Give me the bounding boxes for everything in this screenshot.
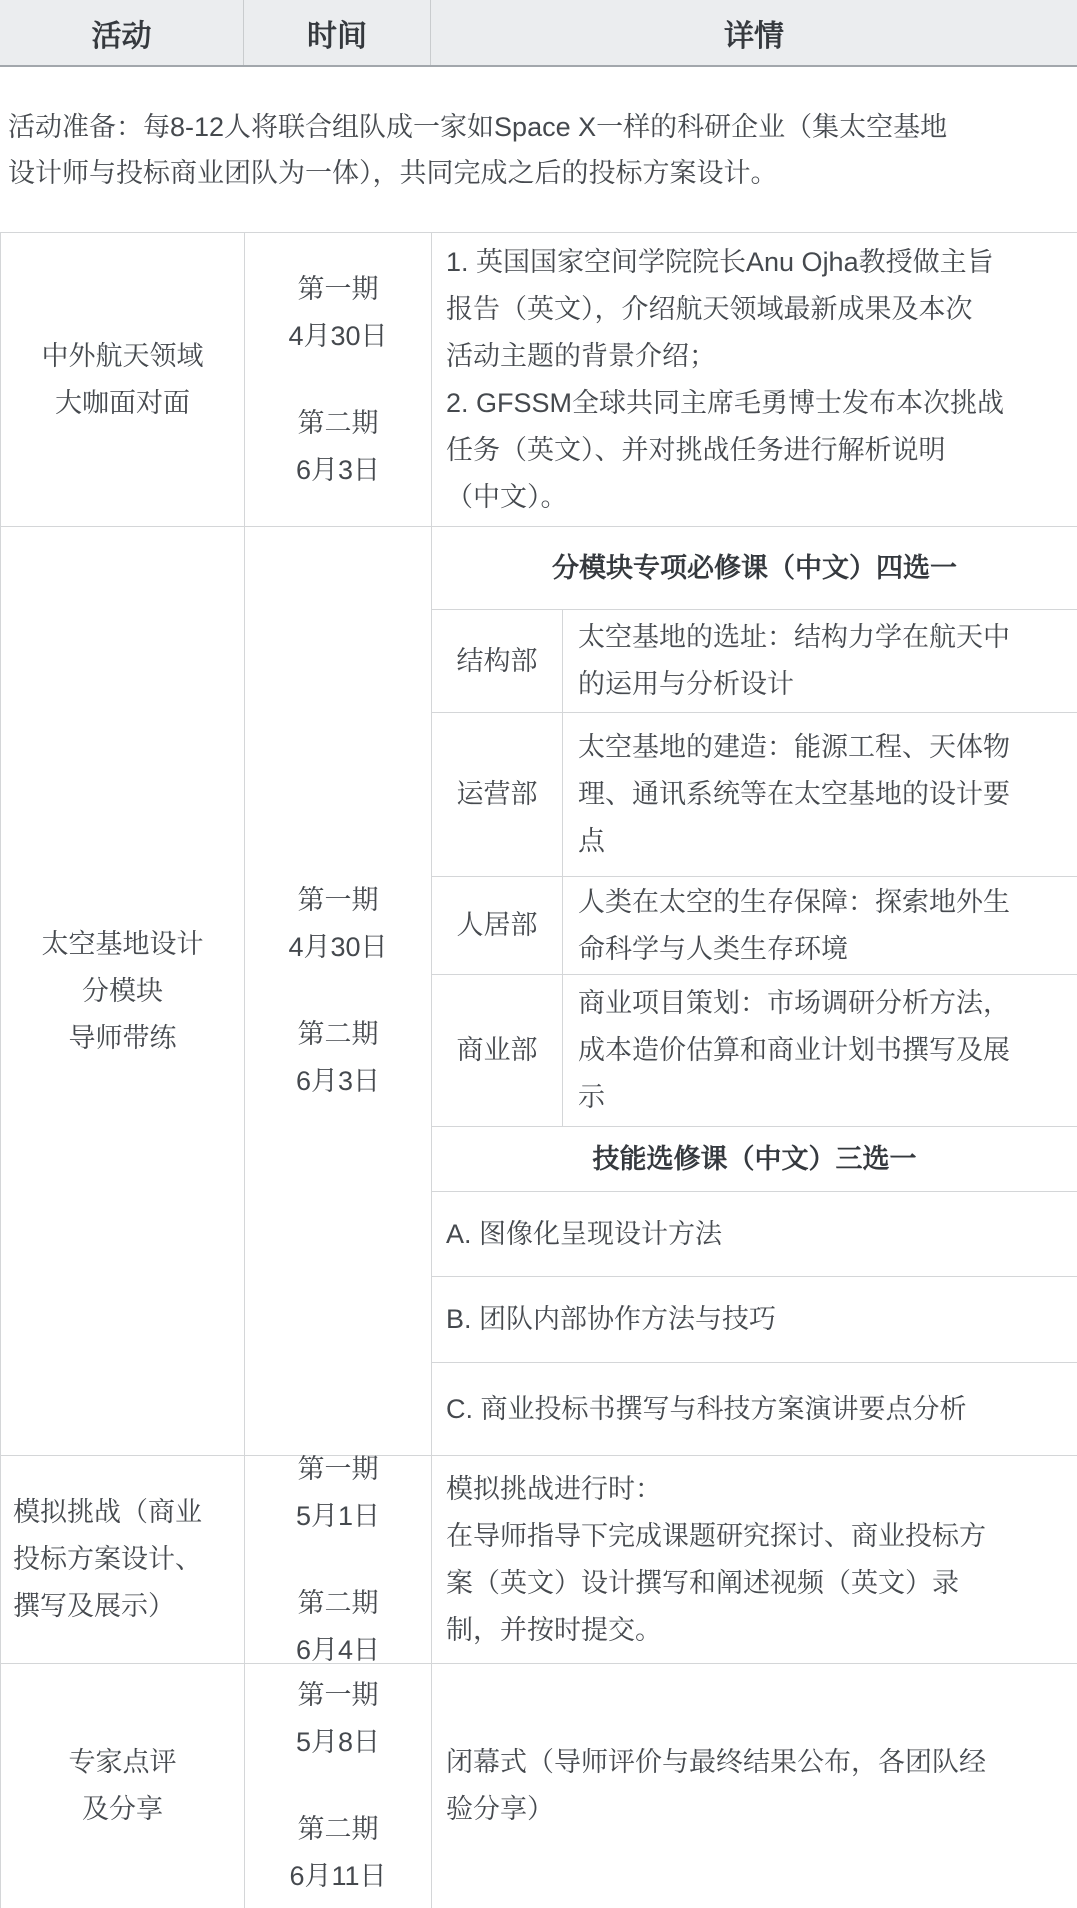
time-session-2: 第二期 6月11日 (289, 1806, 386, 1900)
dept-cell: 商业部 (432, 975, 563, 1126)
table-row-speakers: 中外航天领域 大咖面对面 第一期 4月30日 第二期 6月3日 1. 英国国家空… (0, 233, 1077, 527)
dept-cell: 人居部 (432, 877, 563, 974)
elective-course-header: 技能选修课（中文）三选一 (432, 1127, 1077, 1192)
elective-item: A. 图像化呈现设计方法 (432, 1192, 1077, 1277)
time-cell: 第一期 5月1日 第二期 6月4日 (245, 1456, 432, 1663)
module-row: 商业部 商业项目策划：市场调研分析方法， 成本造价估算和商业计划书撰写及展 示 (432, 975, 1077, 1127)
elective-item: C. 商业投标书撰写与科技方案演讲要点分析 (432, 1363, 1077, 1455)
details-cell: 闭幕式（导师评价与最终结果公布，各团队经 验分享） (432, 1664, 1077, 1908)
time-session-1: 第一期 5月1日 (296, 1446, 380, 1540)
time-session-2: 第二期 6月4日 (296, 1580, 380, 1674)
details-cell: 模拟挑战进行时： 在导师指导下完成课题研究探讨、商业投标方 案（英文）设计撰写和… (432, 1456, 1077, 1663)
module-row: 结构部 太空基地的选址：结构力学在航天中 的运用与分析设计 (432, 610, 1077, 713)
required-course-header: 分模块专项必修课（中文）四选一 (432, 527, 1077, 610)
time-session-2: 第二期 6月3日 (296, 1011, 380, 1105)
table-row-review: 专家点评 及分享 第一期 5月8日 第二期 6月11日 闭幕式（导师评价与最终结… (0, 1664, 1077, 1908)
module-row: 运营部 太空基地的建造：能源工程、天体物 理、通讯系统等在太空基地的设计要 点 (432, 713, 1077, 877)
dept-cell: 结构部 (432, 610, 563, 712)
activity-cell: 专家点评 及分享 (1, 1664, 245, 1908)
module-desc: 太空基地的选址：结构力学在航天中 的运用与分析设计 (563, 610, 1077, 712)
schedule-table: 活动 时间 详情 活动准备：每8-12人将联合组队成一家如Space X一样的科… (0, 0, 1077, 1908)
time-session-2: 第二期 6月3日 (296, 400, 380, 494)
activity-cell: 模拟挑战（商业 投标方案设计、 撰写及展示） (1, 1456, 245, 1663)
activity-cell: 太空基地设计 分模块 导师带练 (1, 527, 245, 1455)
activity-cell: 中外航天领域 大咖面对面 (1, 233, 245, 526)
time-session-1: 第一期 4月30日 (288, 266, 387, 360)
time-cell: 第一期 5月8日 第二期 6月11日 (245, 1664, 432, 1908)
details-cell: 1. 英国国家空间学院院长Anu Ojha教授做主旨 报告（英文），介绍航天领域… (432, 233, 1077, 526)
module-desc: 人类在太空的生存保障：探索地外生 命科学与人类生存环境 (563, 877, 1077, 974)
time-session-1: 第一期 5月8日 (296, 1672, 380, 1766)
header-cell-time: 时间 (244, 0, 431, 65)
module-desc: 太空基地的建造：能源工程、天体物 理、通讯系统等在太空基地的设计要 点 (563, 713, 1077, 876)
time-session-1: 第一期 4月30日 (288, 877, 387, 971)
elective-item: B. 团队内部协作方法与技巧 (432, 1277, 1077, 1363)
intro-paragraph: 活动准备：每8-12人将联合组队成一家如Space X一样的科研企业（集太空基地… (0, 67, 1077, 233)
header-cell-details: 详情 (431, 0, 1077, 65)
module-row: 人居部 人类在太空的生存保障：探索地外生 命科学与人类生存环境 (432, 877, 1077, 975)
details-cell: 分模块专项必修课（中文）四选一 结构部 太空基地的选址：结构力学在航天中 的运用… (432, 527, 1077, 1455)
time-cell: 第一期 4月30日 第二期 6月3日 (245, 233, 432, 526)
header-cell-activity: 活动 (0, 0, 244, 65)
table-header-row: 活动 时间 详情 (0, 0, 1077, 67)
module-desc: 商业项目策划：市场调研分析方法， 成本造价估算和商业计划书撰写及展 示 (563, 975, 1077, 1126)
time-cell: 第一期 4月30日 第二期 6月3日 (245, 527, 432, 1455)
table-row-modules: 太空基地设计 分模块 导师带练 第一期 4月30日 第二期 6月3日 分模块专项… (0, 527, 1077, 1456)
table-row-challenge: 模拟挑战（商业 投标方案设计、 撰写及展示） 第一期 5月1日 第二期 6月4日… (0, 1456, 1077, 1664)
dept-cell: 运营部 (432, 713, 563, 876)
